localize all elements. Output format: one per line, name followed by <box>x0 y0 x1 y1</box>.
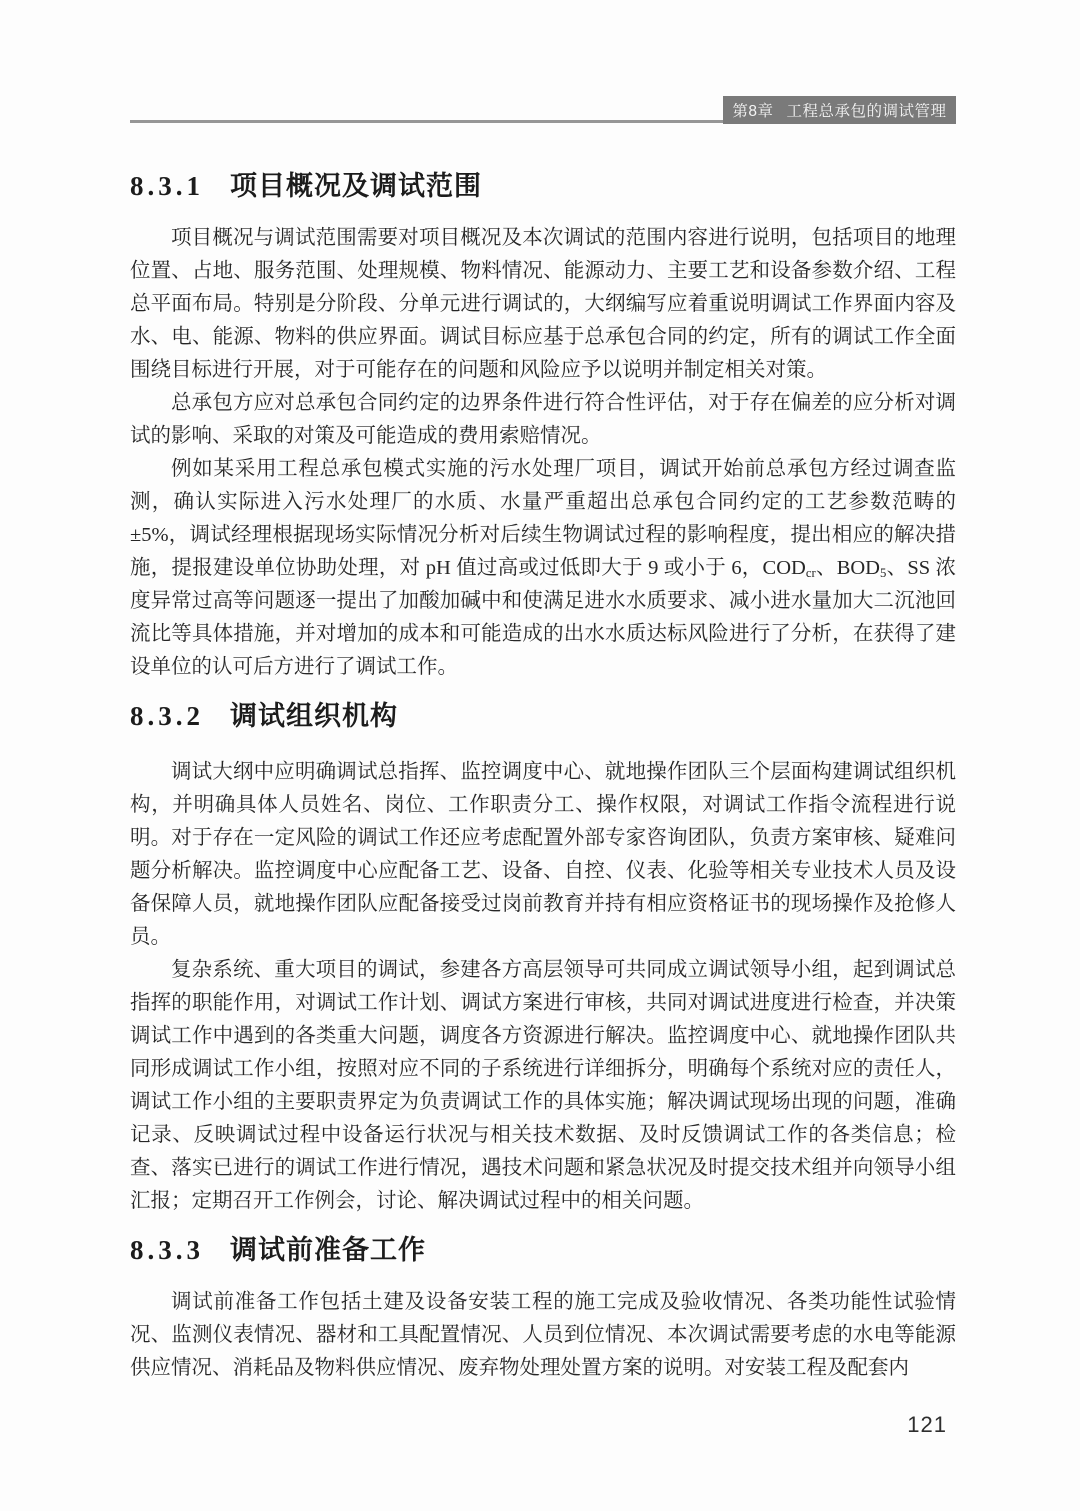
page-content: 8.3.1 项目概况及调试范围 项目概况与调试范围需要对项目概况及本次调试的范围… <box>130 124 956 1385</box>
section-heading-8-3-3: 8.3.3 调试前准备工作 <box>130 1230 956 1270</box>
page-number: 121 <box>907 1412 947 1438</box>
chapter-number: 第8章 <box>732 99 773 121</box>
section-heading-8-3-2: 8.3.2 调试组织机构 <box>130 696 956 736</box>
body-paragraph: 项目概况与调试范围需要对项目概况及本次调试的范围内容进行说明，包括项目的地理位置… <box>130 222 956 387</box>
paragraph-text: 、BOD <box>816 557 880 579</box>
running-header: 第8章 工程总承包的调试管理 <box>0 0 1080 124</box>
body-paragraph: 调试前准备工作包括土建及设备安装工程的施工完成及验收情况、各类功能性试验情况、监… <box>130 1286 956 1385</box>
chapter-title: 工程总承包的调试管理 <box>787 99 947 121</box>
body-paragraph: 复杂系统、重大项目的调试，参建各方高层领导可共同成立调试领导小组，起到调试总指挥… <box>130 954 956 1218</box>
body-paragraph: 总承包方应对总承包合同约定的边界条件进行符合性评估，对于存在偏差的应分析对调试的… <box>130 387 956 453</box>
section-title: 调试前准备工作 <box>230 1230 426 1270</box>
section-number: 8.3.2 <box>130 696 204 736</box>
section-number: 8.3.1 <box>130 166 204 206</box>
subscript: cr <box>806 566 816 580</box>
chapter-header-box: 第8章 工程总承包的调试管理 <box>723 96 956 124</box>
section-number: 8.3.3 <box>130 1230 204 1270</box>
body-paragraph: 调试大纲中应明确调试总指挥、监控调度中心、就地操作团队三个层面构建调试组织机构，… <box>130 756 956 954</box>
book-page: 第8章 工程总承包的调试管理 8.3.1 项目概况及调试范围 项目概况与调试范围… <box>0 0 1080 1511</box>
section-title: 项目概况及调试范围 <box>230 166 482 206</box>
section-title: 调试组织机构 <box>230 696 398 736</box>
body-paragraph-example: 例如某采用工程总承包模式实施的污水处理厂项目，调试开始前总承包方经过调查监测，确… <box>130 453 956 684</box>
section-heading-8-3-1: 8.3.1 项目概况及调试范围 <box>130 166 956 206</box>
